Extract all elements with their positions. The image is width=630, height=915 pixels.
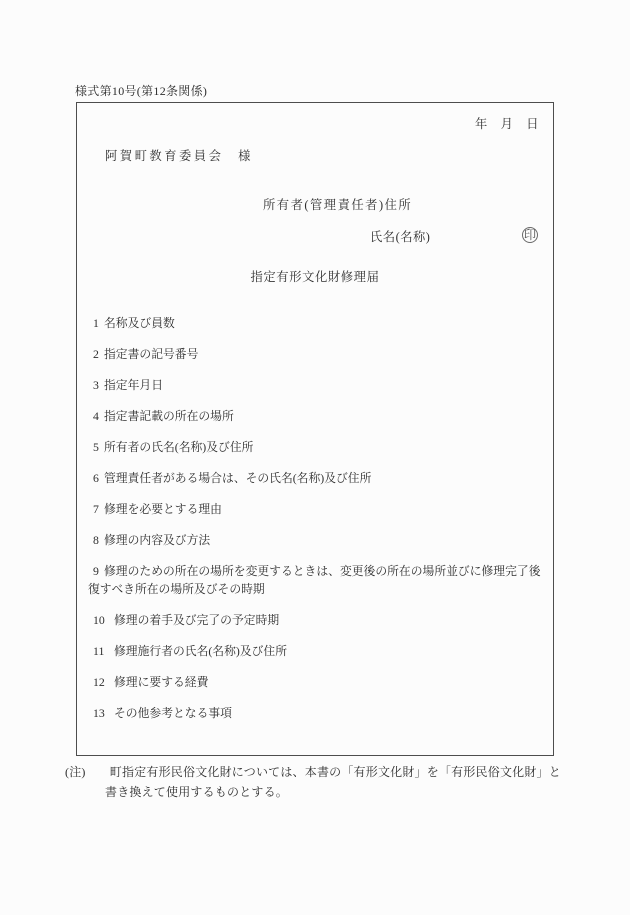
item-number: 9 [93,565,104,578]
list-item-8: 8修理の内容及び方法 [93,534,553,547]
list-item-7: 7修理を必要とする理由 [93,503,553,516]
list-item-3: 3指定年月日 [93,379,553,392]
list-item-5: 5所有者の氏名(名称)及び住所 [93,441,553,454]
footnote: (注) 町指定有形民俗文化財については、本書の「有形文化財」を「有形民俗文化財」… [65,766,561,799]
note-text-line1: 町指定有形民俗文化財については、本書の「有形文化財」を「有形民俗文化財」と [110,765,561,779]
item-list: 1名称及び員数2指定書の記号番号3指定年月日4指定書記載の所在の場所5所有者の氏… [77,317,553,720]
item-text: 所有者の氏名(名称)及び住所 [104,440,253,454]
item-number: 11 [93,645,114,658]
form-border-box: 年 月 日 阿賀町教育委員会 様 所有者(管理責任者)住所 氏名(名称) 印 指… [76,102,554,756]
item-text: 名称及び員数 [104,316,175,330]
list-item-2: 2指定書の記号番号 [93,348,553,361]
item-text: 修理を必要とする理由 [104,502,222,516]
item-number: 13 [93,707,114,720]
item-number: 3 [93,379,104,392]
item-number: 12 [93,676,114,689]
item-text: 修理の着手及び完了の予定時期 [114,613,279,627]
seal-character: 印 [524,229,536,242]
item-number: 10 [93,614,114,627]
list-item-9: 9修理のための所在の場所を変更するときは、変更後の所在の場所並びに修理完了後復す… [93,565,553,596]
form-number-label: 様式第10号(第12条関係) [75,85,207,98]
item-number: 8 [93,534,104,547]
list-item-13: 13その他参考となる事項 [93,707,553,720]
footnote-line-1: (注) 町指定有形民俗文化財については、本書の「有形文化財」を「有形民俗文化財」… [65,766,561,779]
item-text: 修理のための所在の場所を変更するときは、変更後の所在の場所並びに修理完了後 [104,564,541,578]
item-number: 7 [93,503,104,516]
item-text: 指定書の記号番号 [104,347,198,361]
list-item-12: 12修理に要する経費 [93,676,553,689]
item-number: 5 [93,441,104,454]
list-item-1: 1名称及び員数 [93,317,553,330]
owner-address-label: 所有者(管理責任者)住所 [263,199,553,212]
document-title: 指定有形文化財修理届 [77,271,553,284]
item-text: 修理に要する経費 [114,675,208,689]
note-label: (注) [65,765,86,779]
item-text: 指定書記載の所在の場所 [104,409,234,423]
item-text: 修理施行者の氏名(名称)及び住所 [114,644,287,658]
document-page: 様式第10号(第12条関係) 年 月 日 阿賀町教育委員会 様 所有者(管理責任… [0,0,630,915]
item-text: 指定年月日 [104,378,163,392]
item-text-continuation: 復すべき所在の場所及びその時期 [88,583,553,596]
item-number: 2 [93,348,104,361]
item-text: 管理責任者がある場合は、その氏名(名称)及び住所 [104,471,371,485]
item-number: 4 [93,410,104,423]
list-item-11: 11修理施行者の氏名(名称)及び住所 [93,645,553,658]
date-line: 年 月 日 [77,118,553,131]
list-item-6: 6管理責任者がある場合は、その氏名(名称)及び住所 [93,472,553,485]
addressee-line: 阿賀町教育委員会 様 [105,150,553,163]
list-item-4: 4指定書記載の所在の場所 [93,410,553,423]
item-text: 修理の内容及び方法 [104,533,210,547]
item-number: 1 [93,317,104,330]
item-text: その他参考となる事項 [114,706,232,720]
note-text-line2: 書き換えて使用するものとする。 [105,786,561,799]
item-number: 6 [93,472,104,485]
list-item-10: 10修理の着手及び完了の予定時期 [93,614,553,627]
seal-stamp-icon: 印 [522,227,538,243]
